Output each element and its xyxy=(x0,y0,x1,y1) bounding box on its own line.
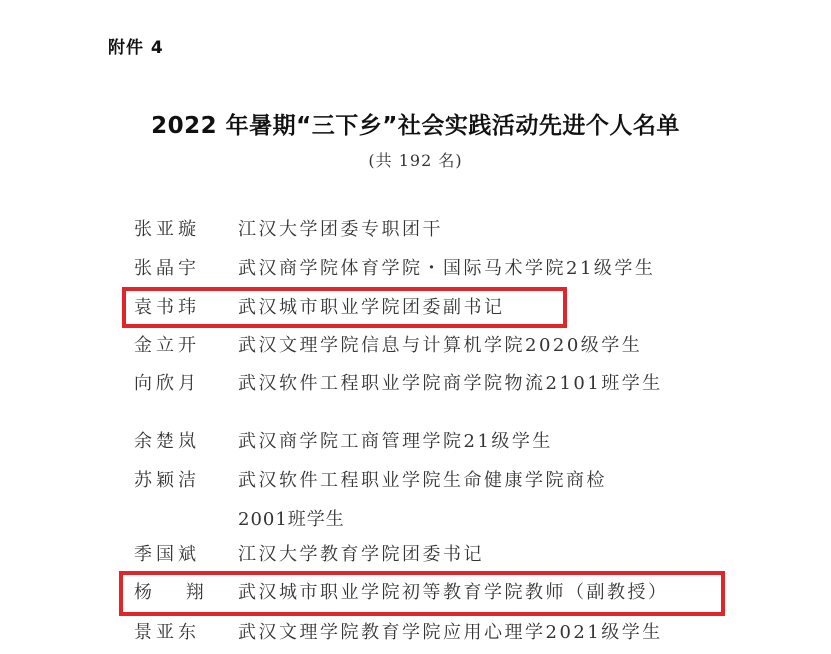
person-name: 余楚岚 xyxy=(134,427,238,457)
person-name: 景亚东 xyxy=(134,618,238,648)
person-desc: 武汉商学院工商管理学院21级学生 xyxy=(238,427,553,457)
person-desc: 武汉软件工程职业学院生命健康学院商检 xyxy=(238,466,607,496)
list-item-highlighted: 袁书玮武汉城市职业学院团委副书记 xyxy=(134,293,505,323)
list-item: 张晶宇武汉商学院体育学院・国际马术学院21级学生 xyxy=(134,254,655,284)
person-name: 张亚璇 xyxy=(134,215,238,245)
person-name: 苏颖洁 xyxy=(134,466,238,496)
person-name: 杨 翔 xyxy=(134,578,238,608)
person-desc: 江汉大学团委专职团干 xyxy=(238,215,443,245)
list-item: 苏颖洁武汉软件工程职业学院生命健康学院商检 xyxy=(134,466,607,496)
list-item-continuation: 2001班学生 xyxy=(238,505,345,535)
person-desc: 武汉文理学院教育学院应用心理学2021级学生 xyxy=(238,618,663,648)
list-item: 余楚岚武汉商学院工商管理学院21级学生 xyxy=(134,427,553,457)
list-item: 景亚东武汉文理学院教育学院应用心理学2021级学生 xyxy=(134,618,663,648)
person-desc: 武汉城市职业学院团委副书记 xyxy=(238,293,505,323)
person-name: 向欣月 xyxy=(134,369,238,399)
total-count: (共 192 名) xyxy=(0,148,831,171)
document-title: 2022 年暑期“三下乡”社会实践活动先进个人名单 xyxy=(0,107,831,140)
person-desc: 武汉文理学院信息与计算机学院2020级学生 xyxy=(238,331,642,361)
list-item: 金立开武汉文理学院信息与计算机学院2020级学生 xyxy=(134,331,642,361)
person-name: 张晶宇 xyxy=(134,254,238,284)
person-name: 金立开 xyxy=(134,331,238,361)
list-item-highlighted: 杨 翔武汉城市职业学院初等教育学院教师（副教授） xyxy=(134,578,669,608)
list-item: 季国斌江汉大学教育学院团委书记 xyxy=(134,540,484,570)
person-name: 季国斌 xyxy=(134,540,238,570)
list-item: 向欣月武汉软件工程职业学院商学院物流2101班学生 xyxy=(134,369,663,399)
person-desc: 武汉城市职业学院初等教育学院教师（副教授） xyxy=(238,578,669,608)
attachment-label: 附件 4 xyxy=(108,33,164,58)
person-desc: 江汉大学教育学院团委书记 xyxy=(238,540,484,570)
list-item: 张亚璇江汉大学团委专职团干 xyxy=(134,215,443,245)
person-desc: 武汉软件工程职业学院商学院物流2101班学生 xyxy=(238,369,663,399)
person-name: 袁书玮 xyxy=(134,293,238,323)
person-desc: 武汉商学院体育学院・国际马术学院21级学生 xyxy=(238,254,655,284)
